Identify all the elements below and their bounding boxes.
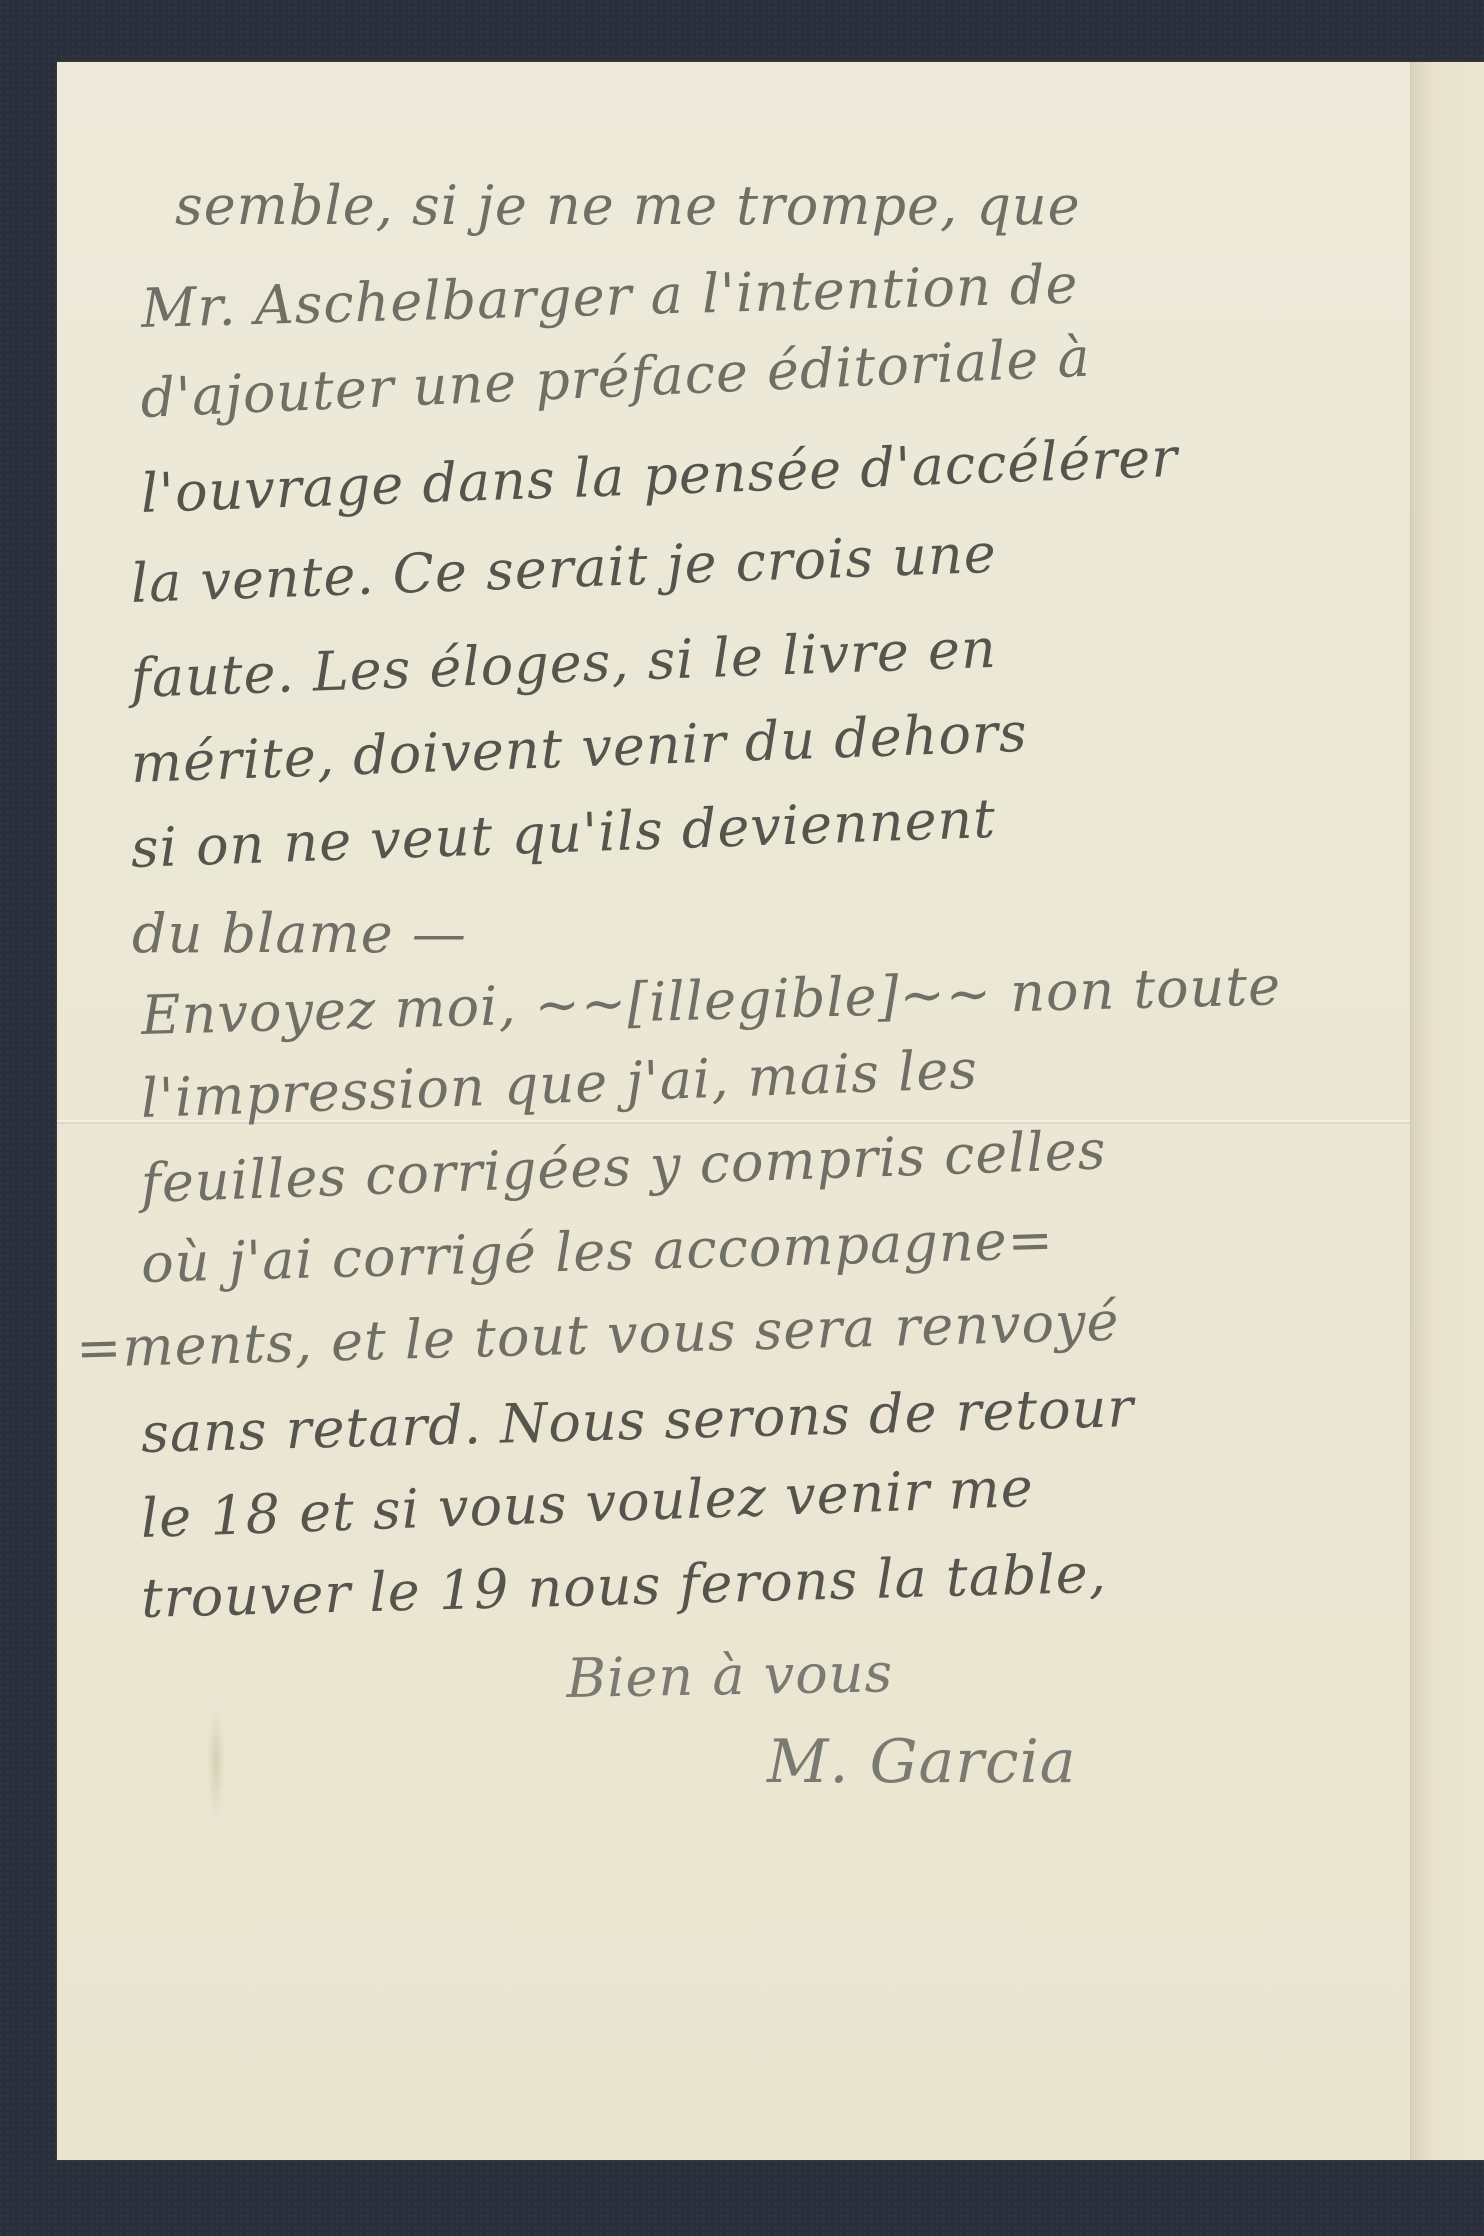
letter-line-14: =ments, et le tout vous sera renvoyé	[75, 1290, 1120, 1380]
letter-line-15: sans retard. Nous serons de retour	[140, 1376, 1135, 1465]
letter-line-9: du blame —	[132, 902, 467, 965]
letter-line-4: l'ouvrage dans la pensée d'accélérer	[140, 426, 1179, 525]
letter-line-11: l'impression que j'ai, mais les	[140, 1038, 979, 1130]
letter-line-1: semble, si je ne me trompe, que	[175, 174, 1081, 237]
signature: M. Garcia	[767, 1727, 1077, 1797]
letter-line-2: Mr. Aschelbarger a l'intention de	[140, 252, 1079, 340]
letter-line-3: d'ajouter une préface éditoriale à	[139, 326, 1092, 430]
closing-salutation: Bien à vous	[566, 1641, 894, 1710]
letter-line-13: où j'ai corrigé les accompagne=	[140, 1208, 1054, 1295]
letter-line-5: la vente. Ce serait je crois une	[130, 522, 998, 615]
letter-line-17: trouver le 19 nous ferons la table,	[140, 1542, 1107, 1630]
letter-body: semble, si je ne me trompe, que Mr. Asch…	[57, 62, 1484, 2160]
letter-line-16: le 18 et si vous voulez venir me	[140, 1456, 1035, 1550]
letter-line-12: feuilles corrigées y compris celles	[140, 1118, 1108, 1215]
letter-line-8: si on ne veut qu'ils deviennent	[130, 787, 997, 880]
letter-page: semble, si je ne me trompe, que Mr. Asch…	[57, 62, 1484, 2160]
letter-line-6: faute. Les éloges, si le livre en	[130, 617, 998, 710]
letter-line-7: mérite, doivent venir du dehors	[130, 701, 1029, 795]
letter-line-10: Envoyez moi, ~~[illegible]~~ non toute	[140, 954, 1281, 1047]
